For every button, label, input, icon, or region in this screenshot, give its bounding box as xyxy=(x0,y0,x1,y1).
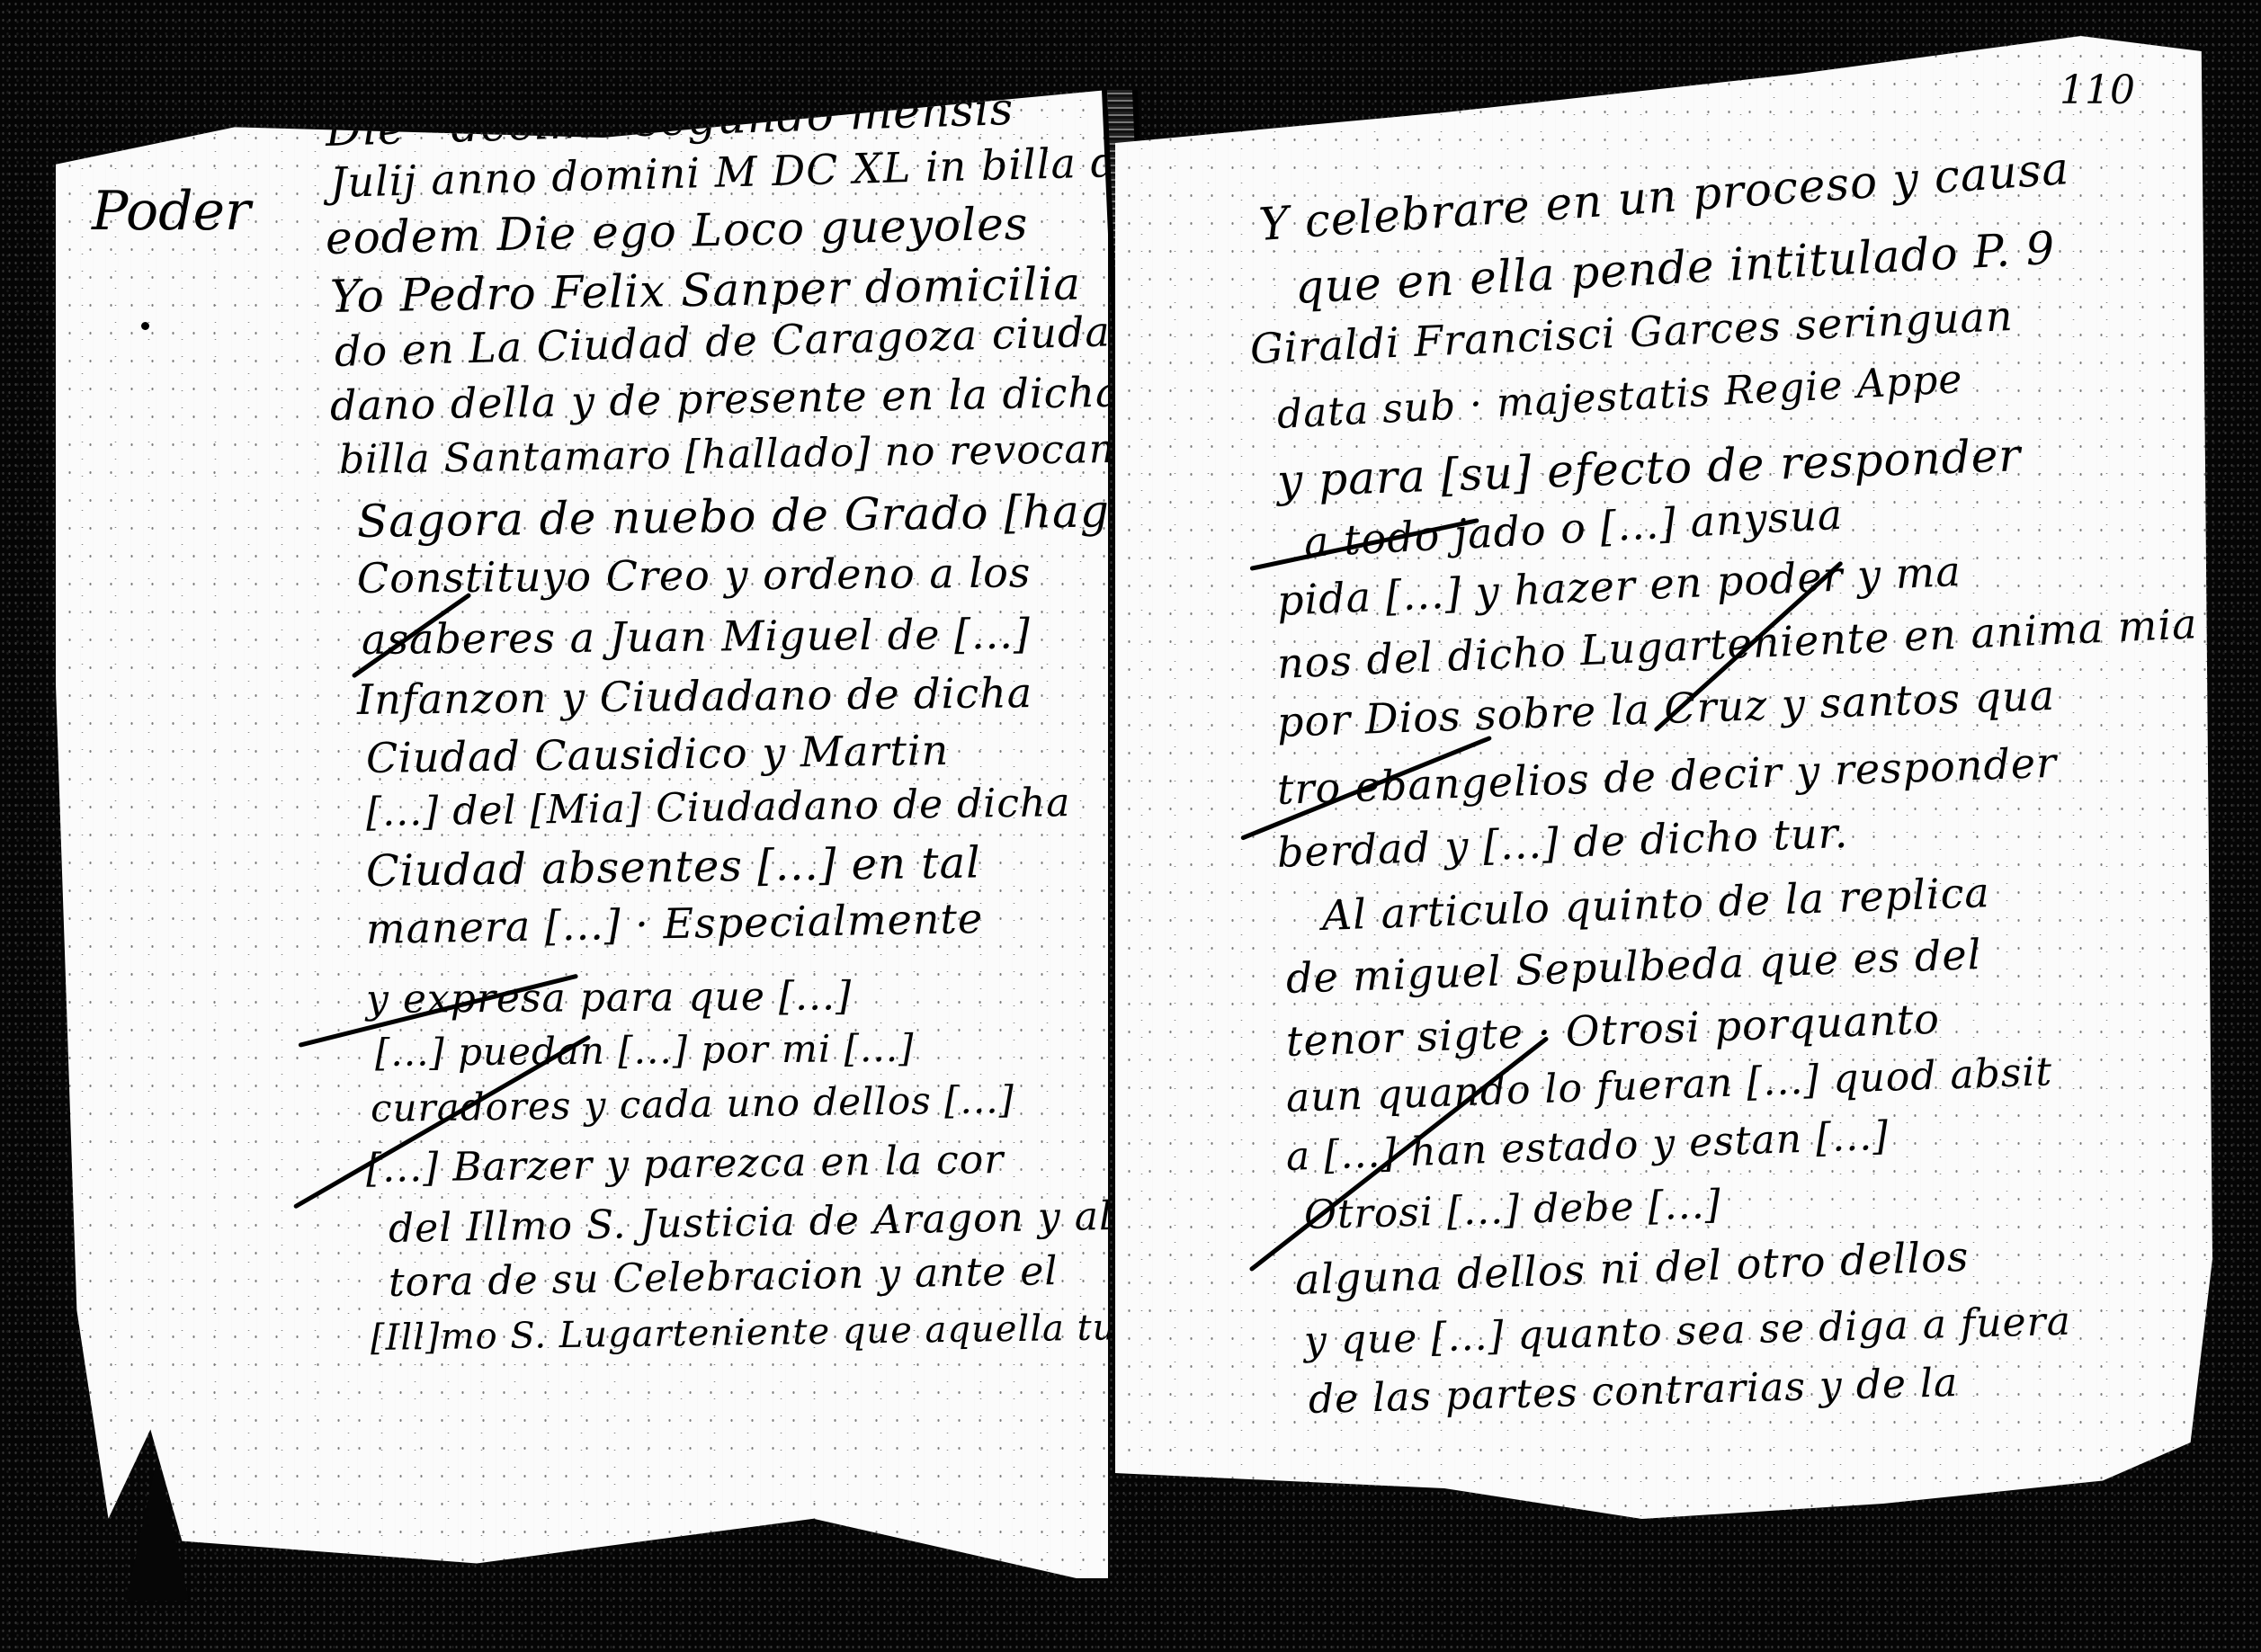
manuscript-line: de miguel Sepulbeda que es del xyxy=(1285,933,1982,999)
manuscript-line: Sagora de nuebo de Grado [hago] xyxy=(357,488,1108,544)
left-page: Poder Die · decimo segundo mensis Julij … xyxy=(56,90,1108,1578)
manuscript-line: Ciudad Causidico y Martin xyxy=(366,729,950,779)
manuscript-line: Otrosi [...] debe [...] xyxy=(1303,1185,1721,1236)
manuscript-line: dano della y de presente en la dicha xyxy=(330,371,1108,426)
manuscript-line: a todo jado o [...] anysua xyxy=(1303,494,1844,563)
manuscript-line: [...] del [Mia] Ciudadano de dicha xyxy=(366,783,1071,833)
manuscript-line: eodem Die ego Loco gueyoles xyxy=(325,201,1028,261)
margin-note-poder: Poder xyxy=(92,180,251,243)
manuscript-line: de las partes contrarias y de la xyxy=(1308,1363,1958,1420)
manuscript-line: por Dios sobre la Cruz y santos qua xyxy=(1276,674,2056,743)
manuscript-line: asaberes a Juan Miguel de [...] xyxy=(362,613,1031,660)
manuscript-line: tora de su Celebracion y ante el xyxy=(389,1252,1059,1303)
manuscript-line: Ciudad absentes [...] en tal xyxy=(366,841,981,893)
manuscript-line: alguna dellos ni del otro dellos xyxy=(1294,1236,1970,1300)
manuscript-line: Constituyo Creo y ordeno a los xyxy=(357,551,1032,599)
manuscript-line: y que [...] quanto sea se diga a fuera xyxy=(1303,1302,2071,1362)
right-page: 110 Y celebrare en un proceso y causa qu… xyxy=(1115,36,2212,1565)
manuscript-line: data sub · majestatis Regie Appe xyxy=(1276,360,1964,435)
manuscript-line: [Ill]mo S. Lugarteniente que aquella tub… xyxy=(371,1308,1108,1356)
manuscript-line: tenor sigte · Otrosi porquanto xyxy=(1285,998,1940,1062)
manuscript-line: Infanzon y Ciudadano de dicha xyxy=(357,672,1033,720)
folio-number: 110 xyxy=(2060,67,2135,113)
manuscript-line: Al articulo quinto de la replica xyxy=(1321,871,1990,936)
manuscript-line: [...] puedan [...] por mi [...] xyxy=(375,1030,915,1072)
manuscript-line: aun quando lo fueran [...] quod absit xyxy=(1285,1052,2053,1119)
manuscript-line: billa Santamaro [hallado] no revocando [… xyxy=(339,428,1108,480)
manuscript-line: y para [su] efecto de responder xyxy=(1276,433,2022,504)
manuscript-line: berdad y [...] de dicho tur. xyxy=(1276,812,1849,873)
manuscript-line: manera [...] · Especialmente xyxy=(366,897,984,950)
margin-dot-icon xyxy=(141,322,149,330)
manuscript-line: del Illmo S. Justicia de Aragon y al xyxy=(389,1197,1108,1249)
manuscript-line: y expresa para que [...] xyxy=(366,977,853,1020)
manuscript-line: [...] Barzer y parezca en la cor xyxy=(366,1140,1005,1189)
